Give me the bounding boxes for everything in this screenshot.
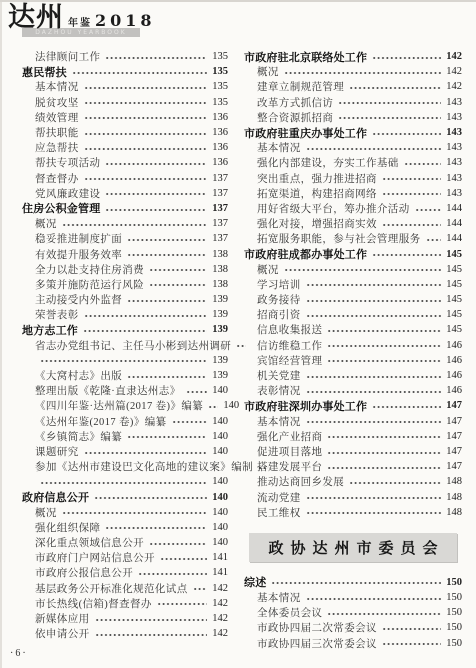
toc-entry-title: 全力以赴支持住房消费: [35, 262, 144, 277]
toc-entry: 流动党建148: [244, 489, 462, 504]
dot-leader: [306, 384, 441, 398]
toc-entry: 强化产业招商147: [244, 429, 462, 444]
toc-entry-page: 140: [210, 446, 228, 457]
toc-entry-page: 141: [210, 552, 228, 563]
dot-leader: [372, 247, 441, 261]
toc-entry-title: 帮扶专项活动: [35, 155, 100, 170]
toc-entry-title: 改革方式抓信访: [257, 95, 333, 110]
toc-entry-page: 135: [210, 66, 228, 77]
toc-entry-page: 143: [444, 157, 462, 168]
dot-leader: [84, 80, 207, 94]
dot-leader: [186, 384, 207, 398]
dot-leader: [193, 581, 207, 595]
toc-columns: 法律顾问工作135惠民帮扶135基本情况135脱贫攻坚135绩效管理136帮扶职…: [22, 49, 462, 651]
toc-entry-page: 138: [210, 279, 228, 290]
toc-entry: 基本情况150: [244, 590, 462, 605]
toc-entry: 课题研究140: [22, 444, 228, 459]
dot-leader: [105, 520, 207, 534]
toc-entry-page: 140: [221, 400, 239, 411]
toc-entry-title: 荣誉表彰: [35, 307, 79, 322]
toc-entry-page: 145: [444, 309, 462, 320]
dot-leader: [382, 217, 441, 231]
toc-entry-title: 建章立制规范管理: [257, 79, 344, 94]
toc-entry: 民工维权148: [244, 505, 462, 520]
toc-entry: 用好省级大平台，筹办推介活动144: [244, 201, 462, 216]
toc-entry-page: 140: [210, 416, 228, 427]
toc-entry-page: 146: [444, 340, 462, 351]
dot-leader: [83, 323, 207, 337]
toc-entry-page: 147: [444, 416, 462, 427]
toc-entry: 基层政务公开标准化规范化试点142: [22, 581, 228, 596]
toc-entry-title: 新媒体应用: [35, 611, 90, 626]
toc-entry-page: 136: [210, 142, 228, 153]
toc-entry-title: 《达州年鉴(2017 卷)》编纂: [35, 414, 167, 429]
dot-leader: [284, 262, 441, 276]
toc-entry-title: 市政府门户网站信息公开: [35, 550, 155, 565]
dot-leader: [327, 353, 441, 367]
toc-entry-title: 市政府驻深圳办事处工作: [244, 398, 367, 414]
toc-entry-page: 145: [444, 324, 462, 335]
toc-entry-page: 135: [210, 97, 228, 108]
toc-entry: 地方志工作139: [22, 322, 228, 337]
toc-entry: 政务接待145: [244, 292, 462, 307]
toc-entry-page: 139: [210, 324, 228, 335]
toc-entry-title: 推动达商回乡发展: [257, 474, 344, 489]
logo-year-text: 2018: [95, 11, 156, 30]
toc-entry-title: 流动党建: [257, 490, 301, 505]
toc-entry: 应急帮扶136: [22, 140, 228, 155]
toc-entry-title: 督查督办: [35, 171, 79, 186]
toc-entry-page: 143: [444, 188, 462, 199]
toc-entry: 惠民帮扶135: [22, 64, 228, 79]
toc-entry: 全体委员会议150: [244, 605, 462, 620]
dot-leader: [208, 399, 218, 413]
toc-entry-page: 146: [444, 370, 462, 381]
toc-entry-page: 148: [444, 476, 462, 487]
toc-entry-title: 民工维权: [257, 505, 301, 520]
toc-entry-title: 参加《达州市建设巴文化高地的建议案》编制: [35, 459, 253, 474]
toc-entry-title: 用好省级大平台，筹办推介活动: [257, 201, 410, 216]
toc-entry: 学习培训145: [244, 277, 462, 292]
toc-entry-title: 搭建发展平台: [257, 459, 322, 474]
toc-entry: 党风廉政建设137: [22, 186, 228, 201]
toc-entry-title: 依申请公开: [35, 626, 90, 641]
dot-leader: [84, 308, 207, 322]
toc-entry: 脱贫攻坚135: [22, 95, 228, 110]
dot-leader: [306, 490, 441, 504]
dot-leader: [306, 141, 441, 155]
toc-entry-title: 市政协四届三次常委会议: [257, 636, 377, 651]
toc-entry-page: 147: [444, 400, 462, 411]
dot-leader: [415, 201, 441, 215]
toc-column-right: 市政府驻北京联络处工作142概况142建章立制规范管理142改革方式抓信访143…: [244, 49, 462, 651]
toc-entry-title: 突出重点，强力推进招商: [257, 171, 377, 186]
toc-entry-page: 137: [210, 218, 228, 229]
toc-entry-page: 142: [210, 598, 228, 609]
toc-entry-title: 党风廉政建设: [35, 186, 100, 201]
toc-entry: 《乡镇简志》编纂140: [22, 429, 228, 444]
toc-entry-continuation: 139: [22, 353, 228, 368]
dot-leader: [149, 277, 207, 291]
toc-entry-page: 147: [444, 431, 462, 442]
toc-entry: 荣誉表彰139: [22, 307, 228, 322]
dot-leader: [105, 186, 207, 200]
toc-entry-title: 强化组织保障: [35, 520, 100, 535]
toc-entry: 依申请公开142: [22, 626, 228, 641]
toc-entry-title: 强化产业招商: [257, 429, 322, 444]
section-heading-box: 政协达州市委员会: [249, 533, 456, 562]
toc-entry-page: 142: [444, 51, 462, 62]
dot-leader: [327, 606, 441, 620]
toc-entry-title: 强化对接，增强招商实效: [257, 216, 377, 231]
toc-entry-page: 140: [210, 507, 228, 518]
dot-leader: [62, 217, 207, 231]
toc-entry-title: 应急帮扶: [35, 140, 79, 155]
toc-column-left: 法律顾问工作135惠民帮扶135基本情况135脱贫攻坚135绩效管理136帮扶职…: [22, 49, 228, 651]
dot-leader: [372, 50, 441, 64]
dot-leader: [327, 323, 441, 337]
dot-leader: [149, 262, 207, 276]
toc-entry-title: 全体委员会议: [257, 605, 322, 620]
toc-entry-title: 《乡镇简志》编纂: [35, 429, 122, 444]
dot-leader: [349, 475, 441, 489]
dot-leader: [84, 95, 207, 109]
dot-leader: [306, 277, 441, 291]
section-heading-wrap: 政协达州市委员会: [244, 533, 462, 562]
toc-entry: 深化重点领域信息公开140: [22, 535, 228, 550]
toc-entry: 改革方式抓信访143: [244, 95, 462, 110]
dot-leader: [426, 232, 442, 246]
toc-entry-title: 稳妥推进制度扩面: [35, 231, 122, 246]
toc-entry-title: 概况: [257, 64, 279, 79]
toc-entry-page: 143: [444, 112, 462, 123]
toc-entry-title: 基本情况: [257, 140, 301, 155]
toc-entry: 稳妥推进制度扩面137: [22, 231, 228, 246]
toc-entry-title: 《四川年鉴·达州篇(2017 卷)》编纂: [35, 398, 203, 413]
toc-entry-page: 135: [210, 81, 228, 92]
logo-dazhou-text: 达州: [8, 5, 64, 31]
toc-entry-title: 惠民帮扶: [22, 64, 67, 80]
dot-leader: [127, 232, 207, 246]
yearbook-toc-page: 达州 年鉴 2018 DAZHOU YEARBOOK 法律顾问工作135惠民帮扶…: [0, 0, 476, 668]
toc-entry-title: 拓宽渠道，构建招商网络: [257, 186, 377, 201]
toc-entry: 概况137: [22, 216, 228, 231]
toc-entry-page: 140: [210, 476, 228, 487]
toc-entry-page: 139: [210, 294, 228, 305]
toc-entry-title: 课题研究: [35, 444, 79, 459]
toc-entry: 督查督办137: [22, 171, 228, 186]
toc-entry: 帮扶专项活动136: [22, 155, 228, 170]
toc-entry-page: 144: [444, 218, 462, 229]
dot-leader: [105, 156, 207, 170]
toc-entry: 强化组织保障140: [22, 520, 228, 535]
toc-entry-title: 地方志工作: [22, 322, 78, 338]
toc-entry-page: 150: [444, 607, 462, 618]
toc-entry: 信息收集报送145: [244, 322, 462, 337]
toc-entry-page: 140: [210, 522, 228, 533]
toc-entry-title: 深化重点领域信息公开: [35, 535, 144, 550]
toc-entry: 多策并施防范运行风险138: [22, 277, 228, 292]
toc-entry-title: 政府信息公开: [22, 489, 89, 505]
toc-entry: 帮扶职能136: [22, 125, 228, 140]
toc-entry-title: 市政府驻重庆办事处工作: [244, 125, 367, 141]
toc-entry-page: 137: [210, 203, 228, 214]
dot-leader: [306, 505, 441, 519]
toc-entry-page: 148: [444, 507, 462, 518]
toc-entry-page: 137: [210, 173, 228, 184]
dot-leader: [40, 475, 207, 489]
page-header: 达州 年鉴 2018 DAZHOU YEARBOOK: [8, 5, 476, 43]
toc-entry: 主动接受内外监督139: [22, 292, 228, 307]
toc-entry-title: 脱贫攻坚: [35, 95, 79, 110]
dot-leader: [160, 551, 207, 565]
dot-leader: [84, 444, 207, 458]
dot-leader: [95, 612, 208, 626]
toc-entry: 搭建发展平台147: [244, 459, 462, 474]
toc-entry-page: 142: [444, 81, 462, 92]
dot-leader: [382, 621, 441, 635]
dot-leader: [372, 399, 441, 413]
toc-entry: 市政府驻深圳办事处工作147: [244, 398, 462, 413]
toc-entry: 基本情况135: [22, 79, 228, 94]
toc-entry: 新媒体应用142: [22, 611, 228, 626]
toc-entry: 市政府门户网站信息公开141: [22, 550, 228, 565]
toc-entry: 概况140: [22, 505, 228, 520]
toc-entry: 概况145: [244, 262, 462, 277]
toc-entry: 政府信息公开140: [22, 489, 228, 504]
toc-entry-title: 政务接待: [257, 292, 301, 307]
toc-entry-page: 138: [210, 249, 228, 260]
dot-leader: [271, 575, 441, 589]
toc-entry-page: 145: [444, 249, 462, 260]
toc-entry: 概况142: [244, 64, 462, 79]
toc-entry: 促进项目落地147: [244, 444, 462, 459]
dot-leader: [404, 156, 441, 170]
toc-entry-title: 《大窝村志》出版: [35, 368, 122, 383]
dot-leader: [349, 80, 441, 94]
toc-entry: 绩效管理136: [22, 110, 228, 125]
toc-entry-title: 市政府驻成都办事处工作: [244, 246, 367, 262]
dot-leader: [127, 369, 207, 383]
toc-entry: 基本情况147: [244, 414, 462, 429]
dot-leader: [105, 201, 207, 215]
toc-entry-page: 146: [444, 355, 462, 366]
toc-entry-page: 145: [444, 279, 462, 290]
toc-entry-title: 基层政务公开标准化规范化试点: [35, 581, 188, 596]
toc-entry-title: 有效提升服务效率: [35, 247, 122, 262]
dot-leader: [105, 50, 207, 64]
dot-leader: [127, 429, 207, 443]
toc-entry-page: 142: [444, 66, 462, 77]
dot-leader: [149, 536, 207, 550]
toc-entry-title: 信息收集报送: [257, 322, 322, 337]
dot-leader: [62, 505, 207, 519]
toc-entry: 有效提升服务效率138: [22, 246, 228, 261]
toc-entry-page: 145: [444, 264, 462, 275]
toc-entry-page: 140: [210, 492, 228, 503]
dot-leader: [84, 126, 207, 140]
toc-entry-title: 宾馆经营管理: [257, 353, 322, 368]
toc-entry-title: 市政协四届二次常委会议: [257, 620, 377, 635]
dot-leader: [284, 65, 441, 79]
toc-entry: 强化内部建设，夯实工作基础143: [244, 155, 462, 170]
toc-entry: 市政府驻重庆办事处工作143: [244, 125, 462, 140]
toc-entry-continuation: 140: [22, 474, 228, 489]
toc-entry-page: 150: [444, 638, 462, 649]
page-number: ·6·: [10, 648, 28, 659]
toc-entry: 住房公积金管理137: [22, 201, 228, 216]
toc-entry-title: 住房公积金管理: [22, 200, 100, 216]
toc-entry: 法律顾问工作135: [22, 49, 228, 64]
toc-entry-title: 综述: [244, 574, 266, 590]
toc-entry-page: 150: [444, 622, 462, 633]
toc-entry-page: 150: [444, 592, 462, 603]
toc-entry-title: 学习培训: [257, 277, 301, 292]
dot-leader: [94, 490, 207, 504]
toc-entry-title: 基本情况: [35, 79, 79, 94]
toc-entry-title: 概况: [257, 262, 279, 277]
toc-entry: 建章立制规范管理142: [244, 79, 462, 94]
toc-entry-page: 140: [210, 537, 228, 548]
toc-entry-page: 137: [210, 188, 228, 199]
dot-leader: [306, 369, 441, 383]
toc-entry-title: 市政府公报信息公开: [35, 565, 133, 580]
toc-entry: 市政府驻成都办事处工作145: [244, 246, 462, 261]
toc-entry: 拓宽服务职能，参与社会管理服务144: [244, 231, 462, 246]
toc-entry: 市长热线(信箱)督查督办142: [22, 596, 228, 611]
dot-leader: [306, 308, 441, 322]
toc-entry-page: 137: [210, 233, 228, 244]
toc-entry-title: 强化内部建设，夯实工作基础: [257, 155, 399, 170]
toc-entry-page: 147: [444, 446, 462, 457]
dot-leader: [306, 414, 441, 428]
toc-entry-page: 136: [210, 112, 228, 123]
toc-entry-title: 帮扶职能: [35, 125, 79, 140]
toc-entry: 《大窝村志》出版139: [22, 368, 228, 383]
toc-entry-title: 多策并施防范运行风险: [35, 277, 144, 292]
dot-leader: [306, 591, 441, 605]
dot-leader: [157, 596, 207, 610]
logo-yearbook-cn-text: 年鉴: [68, 14, 92, 29]
toc-entry: 推动达商回乡发展148: [244, 474, 462, 489]
dot-leader: [172, 414, 207, 428]
toc-entry-page: 142: [210, 628, 228, 639]
dot-leader: [327, 429, 441, 443]
toc-entry: 市政协四届二次常委会议150: [244, 620, 462, 635]
toc-entry-title: 基本情况: [257, 590, 301, 605]
toc-entry-title: 信访维稳工作: [257, 338, 322, 353]
toc-entry-page: 139: [210, 355, 228, 366]
toc-entry-page: 139: [210, 370, 228, 381]
toc-entry: 综述150: [244, 575, 462, 590]
dot-leader: [72, 65, 207, 79]
toc-entry-title: 招商引资: [257, 307, 301, 322]
dot-leader: [95, 627, 208, 641]
toc-entry: 《四川年鉴·达州篇(2017 卷)》编纂140: [22, 398, 228, 413]
toc-entry: 省志办党组书记、主任马小彬到达州调研: [22, 338, 228, 353]
toc-entry-page: 140: [210, 431, 228, 442]
dot-leader: [327, 460, 441, 474]
toc-entry-title: 主动接受内外监督: [35, 292, 122, 307]
toc-entry-page: 138: [210, 264, 228, 275]
toc-entry: 市政府驻北京联络处工作142: [244, 49, 462, 64]
toc-entry-title: 拓宽服务职能，参与社会管理服务: [257, 231, 421, 246]
toc-entry-page: 145: [444, 294, 462, 305]
toc-entry-page: 144: [444, 203, 462, 214]
toc-entry: 突出重点，强力推进招商143: [244, 171, 462, 186]
toc-entry-title: 市政府驻北京联络处工作: [244, 49, 367, 65]
dot-leader: [382, 636, 441, 650]
toc-entry-page: 141: [210, 567, 228, 578]
dot-leader: [382, 186, 441, 200]
toc-entry: 强化对接，增强招商实效144: [244, 216, 462, 231]
toc-entry-page: 143: [444, 127, 462, 138]
dot-leader: [327, 444, 441, 458]
dot-leader: [138, 566, 207, 580]
toc-entry: 市政协四届三次常委会议150: [244, 636, 462, 651]
toc-entry: 市政府公报信息公开141: [22, 565, 228, 580]
toc-entry: 参加《达州市建设巴文化高地的建议案》编制: [22, 459, 228, 474]
dot-leader: [84, 171, 207, 185]
toc-entry-title: 概况: [35, 505, 57, 520]
toc-entry: 基本情况143: [244, 140, 462, 155]
toc-entry-page: 146: [444, 385, 462, 396]
dot-leader: [372, 126, 441, 140]
toc-entry-page: 140: [210, 385, 228, 396]
toc-entry: 整理出版《乾隆·直隶达州志》140: [22, 383, 228, 398]
dot-leader: [338, 110, 441, 124]
toc-entry-page: 142: [210, 583, 228, 594]
toc-entry: 机关党建146: [244, 368, 462, 383]
toc-entry: 整合资源抓招商143: [244, 110, 462, 125]
toc-entry: 招商引资145: [244, 307, 462, 322]
dot-leader: [127, 247, 207, 261]
toc-entry-page: 142: [210, 613, 228, 624]
toc-entry-page: 147: [444, 461, 462, 472]
toc-entry-page: 143: [444, 97, 462, 108]
dot-leader: [84, 110, 207, 124]
toc-entry-page: 148: [444, 492, 462, 503]
toc-entry-title: 表彰情况: [257, 383, 301, 398]
toc-entry-title: 基本情况: [257, 414, 301, 429]
toc-entry-page: 136: [210, 157, 228, 168]
toc-entry-page: 143: [444, 142, 462, 153]
toc-entry: 拓宽渠道，构建招商网络143: [244, 186, 462, 201]
toc-entry-page: 144: [444, 233, 462, 244]
toc-entry-title: 法律顾问工作: [35, 49, 100, 64]
toc-entry-title: 概况: [35, 216, 57, 231]
toc-entry-title: 绩效管理: [35, 110, 79, 125]
toc-entry-page: 139: [210, 309, 228, 320]
toc-entry-title: 整理出版《乾隆·直隶达州志》: [35, 383, 181, 398]
dot-leader: [338, 95, 441, 109]
toc-entry-title: 整合资源抓招商: [257, 110, 333, 125]
toc-entry: 《达州年鉴(2017 卷)》编纂140: [22, 414, 228, 429]
toc-entry-page: 150: [444, 577, 462, 588]
toc-entry: 宾馆经营管理146: [244, 353, 462, 368]
toc-entry-page: 135: [210, 51, 228, 62]
dot-leader: [327, 338, 441, 352]
toc-entry-title: 市长热线(信箱)督查督办: [35, 596, 152, 611]
dot-leader: [382, 171, 441, 185]
toc-entry-title: 促进项目落地: [257, 444, 322, 459]
dot-leader: [84, 141, 207, 155]
toc-entry-title: 机关党建: [257, 368, 301, 383]
toc-entry-page: 136: [210, 127, 228, 138]
toc-entry-page: 143: [444, 173, 462, 184]
toc-entry-title: 省志办党组书记、主任马小彬到达州调研: [35, 338, 231, 353]
toc-entry: 信访维稳工作146: [244, 338, 462, 353]
